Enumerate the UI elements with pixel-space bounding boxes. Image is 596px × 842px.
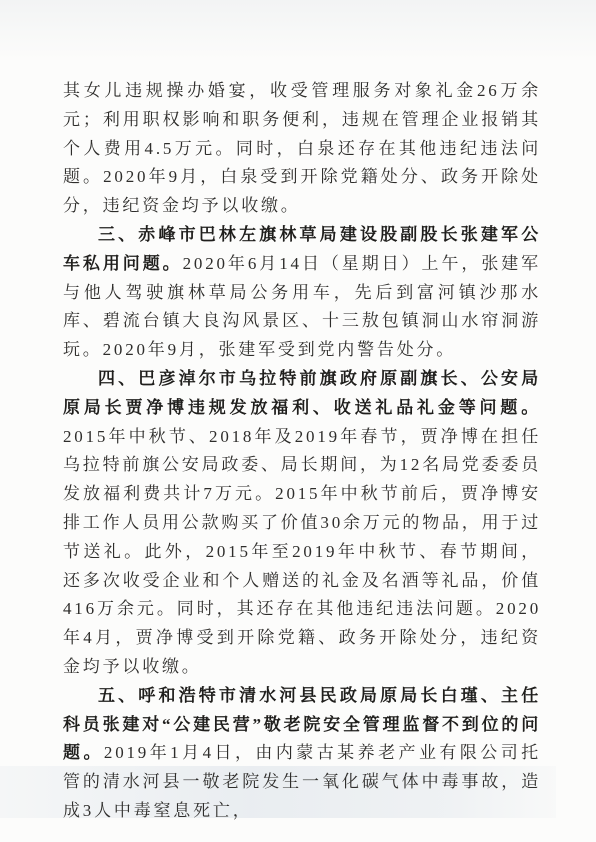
body-text-run: 其女儿违规操办婚宴，收受管理服务对象礼金26万余元；利用职权影响和职务便利，违规…	[63, 81, 541, 215]
document-body: 其女儿违规操办婚宴，收受管理服务对象礼金26万余元；利用职权影响和职务便利，违规…	[63, 77, 541, 826]
scan-shading-top	[0, 0, 596, 60]
para-item-4-jiajingbo: 四、巴彦淖尔市乌拉特前旗政府原副旗长、公安局原局长贾净博违规发放福利、收送礼品礼…	[63, 365, 541, 682]
body-text-run: 2015年中秋节、2018年及2019年春节，贾净博在担任乌拉特前旗公安局政委、…	[63, 427, 541, 676]
scanned-page: 其女儿违规操办婚宴，收受管理服务对象礼金26万余元；利用职权影响和职务便利，违规…	[0, 0, 596, 842]
body-text-run: 2019年1月4日，由内蒙古某养老产业有限公司托管的清水河县一敬老院发生一氧化碳…	[63, 743, 541, 820]
heading-run: 四、巴彦淖尔市乌拉特前旗政府原副旗长、公安局原局长贾净博违规发放福利、收送礼品礼…	[63, 369, 541, 417]
para-item-3-zhangjianjun: 三、赤峰市巴林左旗林草局建设股副股长张建军公车私用问题。2020年6月14日（星…	[63, 221, 541, 365]
para-item-5-baijin-zhangjian: 五、呼和浩特市清水河县民政局原局长白瑾、主任科员张建对“公建民营”敬老院安全管理…	[63, 682, 541, 826]
para-continuation-baiquan: 其女儿违规操办婚宴，收受管理服务对象礼金26万余元；利用职权影响和职务便利，违规…	[63, 77, 541, 221]
